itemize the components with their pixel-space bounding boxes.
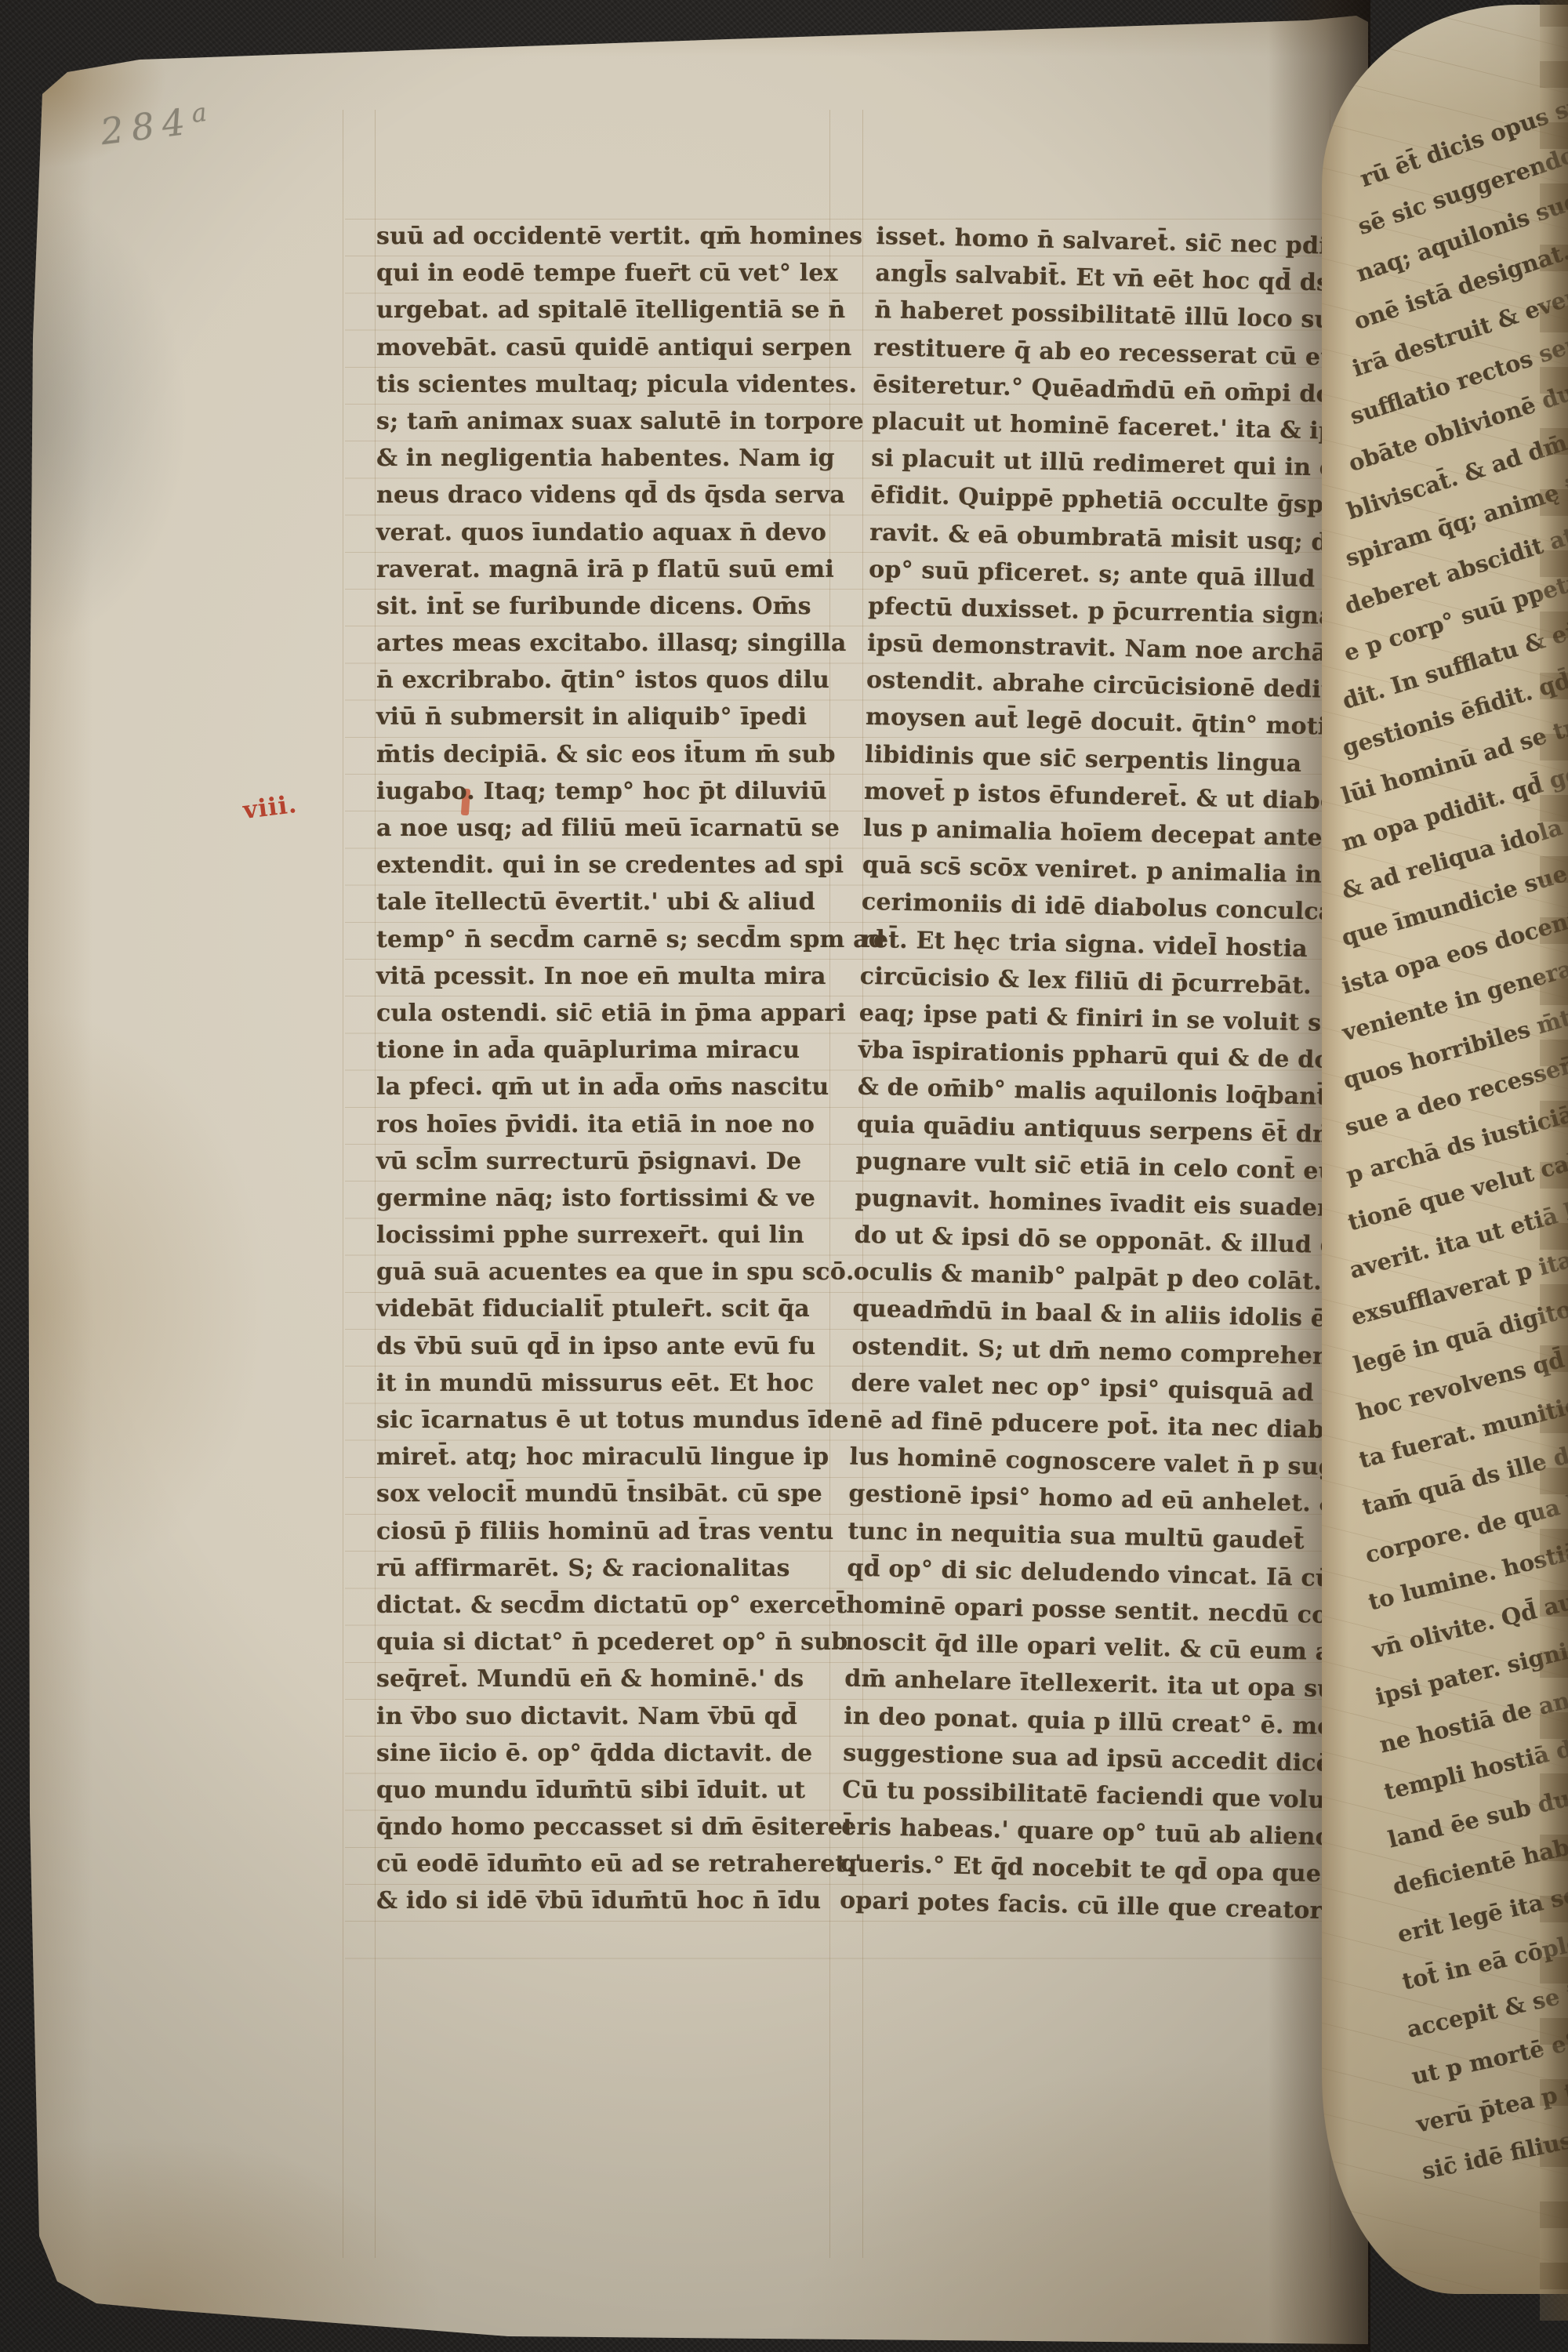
left-page: 284a viii. suū ad occidentē vertit. qm̄ … bbox=[22, 9, 1368, 2344]
text-line: in v̄bo suo dictavit. Nam v̄bū qd̄ bbox=[376, 1698, 847, 1735]
text-line: vū scl̄m surrecturū p̄signavi. De bbox=[376, 1143, 847, 1180]
text-line: locissimi pphe surrexer̄t. qui lin bbox=[376, 1217, 847, 1254]
text-line: & ido si idē v̄bū īdum̄tū hoc n̄ īdu bbox=[376, 1882, 847, 1919]
text-line: ros hoīes p̄vidi. ita etiā in noe no bbox=[376, 1106, 847, 1143]
next-page-edge: rū ēt̄ dicis opus suū ut voluntsē sic su… bbox=[1322, 5, 1568, 2294]
text-line: verat. quos īundatio aquax n̄ devo bbox=[376, 514, 847, 551]
text-line: n̄ excribrabo. q̄tin° istos quos dilu bbox=[376, 662, 847, 699]
folio-number: 284a bbox=[98, 97, 210, 153]
folio-number-suffix: a bbox=[190, 97, 209, 129]
text-line: raverat. magnā irā p flatū suū emi bbox=[376, 551, 847, 588]
text-line: temp° n̄ secd̄m carnē s; secd̄m spm ad bbox=[376, 921, 847, 958]
text-line: cula ostendi. sic̄ etiā in p̄ma appari bbox=[376, 995, 847, 1032]
text-line: quo mundu īdum̄tū sibi īduit. ut bbox=[376, 1772, 847, 1809]
text-line: sine īicio ē. op° q̄dda dictavit. de bbox=[376, 1735, 847, 1772]
text-line: sic īcarnatus ē ut totus mundus īde bbox=[376, 1402, 847, 1439]
text-line: viū n̄ submersit in aliquib° īpedi bbox=[376, 699, 847, 735]
text-line: tis scientes multaq; picula videntes. bbox=[376, 366, 847, 403]
text-line: sit. int̄ se furibunde dicens. Om̄s bbox=[376, 588, 847, 625]
text-line: quia si dictat° n̄ pcederet op° n̄ sub bbox=[376, 1624, 847, 1661]
text-line: movebāt. casū quidē antiqui serpen bbox=[376, 329, 847, 366]
text-column-left: suū ad occidentē vertit. qm̄ hominesqui … bbox=[376, 218, 847, 1920]
text-line: m̄tis decipiā. & sic eos it̄um m̄ sub bbox=[376, 736, 847, 773]
text-line: qui in eodē tempe fuer̄t cū vet° lex bbox=[376, 255, 847, 292]
folio-number-digits: 284 bbox=[98, 100, 195, 153]
ruling-vertical bbox=[343, 110, 343, 2258]
text-line: rū affirmarēt. S; & racionalitas bbox=[376, 1550, 847, 1587]
text-line: cū eodē īdum̄to eū ad se retraheret.' bbox=[376, 1846, 847, 1882]
manuscript-photo: 284a viii. suū ad occidentē vertit. qm̄ … bbox=[0, 0, 1568, 2352]
text-column-right: isset. homo n̄ salvaret̄. sic̄ nec pditu… bbox=[840, 218, 1347, 1929]
text-line: ciosū p̄ filiis hominū ad t̄ras ventu bbox=[376, 1513, 847, 1550]
text-line: suū ad occidentē vertit. qm̄ homines bbox=[376, 218, 847, 255]
ruling-vertical bbox=[375, 110, 376, 2258]
text-line: iugabo. Itaq; temp° hoc p̄t diluviū bbox=[376, 773, 847, 810]
text-line: extendit. qui in se credentes ad spi bbox=[376, 847, 847, 884]
text-line: urgebat. ad spitalē ītelligentiā se n̄ bbox=[376, 292, 847, 328]
text-line: seq̄ret̄. Mundū en̄ & hominē.' ds bbox=[376, 1661, 847, 1697]
text-line: s; tam̄ animax suax salutē in torpore bbox=[376, 403, 847, 440]
text-line: vitā pcessit. In noe en̄ multa mira bbox=[376, 958, 847, 995]
chapter-marker-viii: viii. bbox=[241, 790, 299, 825]
text-line: neus draco videns qd̄ ds q̄sda serva bbox=[376, 477, 847, 514]
text-line: artes meas excitabo. illasq; singilla bbox=[376, 625, 847, 662]
text-line: tale ītellectū ēvertit.' ubi & aliud bbox=[376, 884, 847, 920]
text-line: guā suā acuentes ea que in spu scō. bbox=[376, 1254, 847, 1290]
text-line: videbāt fiducialit̄ ptuler̄t. scit q̄a bbox=[376, 1290, 847, 1327]
text-line: ds v̄bū suū qd̄ in ipso ante evū fu bbox=[376, 1328, 847, 1365]
text-line: it in mundū missurus eēt. Et hoc bbox=[376, 1365, 847, 1402]
text-line: la pfeci. qm̄ ut in ad̄a om̄s nascitu bbox=[376, 1069, 847, 1105]
text-line: q̄ndo homo peccasset si dm̄ ēsiteret̄ bbox=[376, 1809, 847, 1846]
text-line: tione in ad̄a quāplurima miracu bbox=[376, 1032, 847, 1069]
text-line: miret̄. atq; hoc miraculū lingue ip bbox=[376, 1439, 847, 1475]
text-line: dictat. & secd̄m dictatū op° exercet̄ bbox=[376, 1587, 847, 1624]
text-line: & in negligentia habentes. Nam ig bbox=[376, 440, 847, 477]
text-line: germine nāq; isto fortissimi & ve bbox=[376, 1180, 847, 1217]
text-line: sox velocit̄ mundū t̄nsibāt. cū spe bbox=[376, 1475, 847, 1512]
text-line: a noe usq; ad filiū meū īcarnatū se bbox=[376, 810, 847, 847]
